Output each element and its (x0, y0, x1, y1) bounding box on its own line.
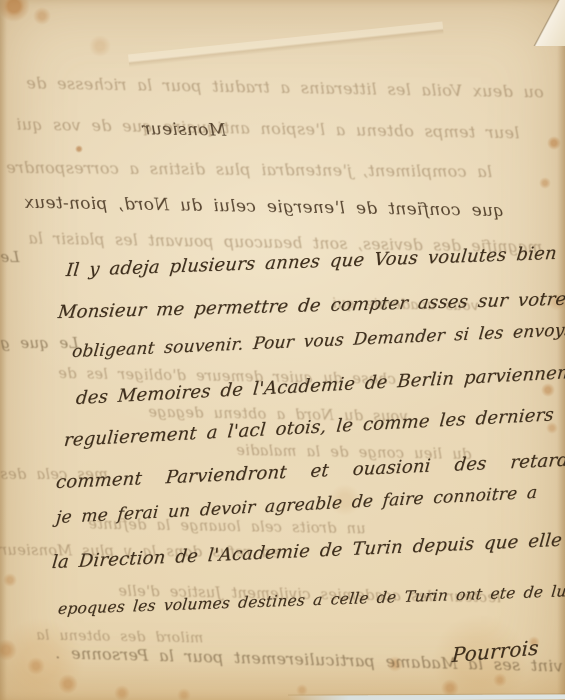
manuscript-line: obligeant souvenir. Pour vous Demander s… (71, 322, 565, 361)
handwriting-layer: Il y adeja plusieurs annes que Vous voul… (0, 0, 565, 700)
manuscript-line: regulierement a l'acl otois, le comme le… (63, 406, 554, 450)
manuscript-line: des Memoires de l'Academie de Berlin par… (75, 364, 565, 408)
manuscript-line: la Direction de l'Academie de Turin depu… (51, 532, 563, 572)
manuscript-line: je me ferai un devoir agreable de faire … (55, 485, 538, 527)
letter-photo: ou deux Voila les litterains a traduit p… (0, 0, 565, 700)
manuscript-line: Pourrois (451, 637, 539, 665)
manuscript-line: epoques les volumes destines a celle de … (57, 584, 565, 618)
manuscript-line: Il y adeja plusieurs annes que Vous voul… (65, 245, 558, 280)
manuscript-line: Monsieur me permettre de compter asses s… (57, 291, 565, 322)
